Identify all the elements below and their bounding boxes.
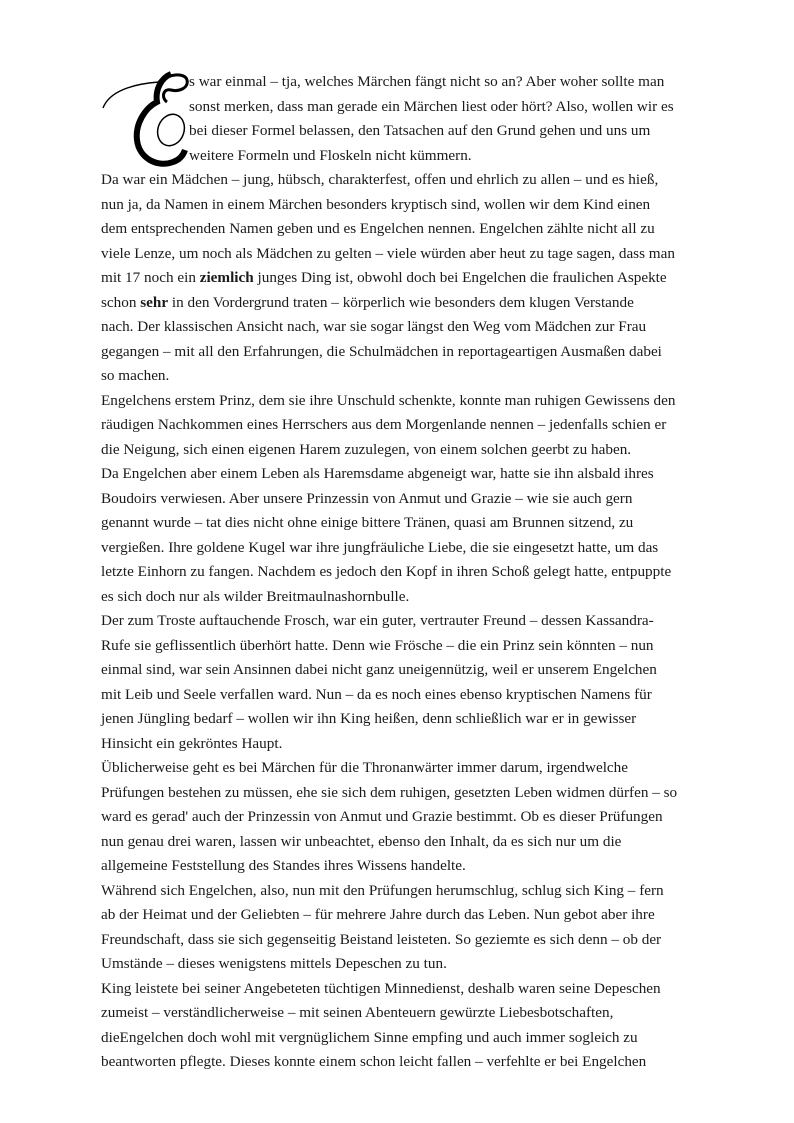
paragraph-first-prince: Engelchens erstem Prinz, dem sie ihre Un…: [101, 389, 721, 463]
text-line: s war einmal – tja, welches Märchen fäng…: [189, 70, 721, 95]
text-line: so machen.: [101, 364, 721, 389]
text-line: mit Leib und Seele verfallen ward. Nun –…: [101, 683, 721, 708]
text-line: vergießen. Ihre goldene Kugel war ihre j…: [101, 536, 721, 561]
text-line: es sich doch nur als wilder Breitmaulnas…: [101, 585, 721, 610]
paragraph-harem: Da Engelchen aber einem Leben als Harems…: [101, 462, 721, 609]
paragraph-distance: Während sich Engelchen, also, nun mit de…: [101, 879, 721, 977]
text-run: schon: [101, 294, 140, 311]
text-line: Prüfungen bestehen zu müssen, ehe sie si…: [101, 781, 721, 806]
text-line: dem entsprechenden Namen geben und es En…: [101, 217, 721, 242]
dropcap-e-icon: [101, 70, 189, 170]
text-line: Freundschaft, dass sie sich gegenseitig …: [101, 928, 721, 953]
paragraph-engelchen-intro: Da war ein Mädchen – jung, hübsch, chara…: [101, 168, 721, 389]
text-line: mit 17 noch ein ziemlich junges Ding ist…: [101, 266, 721, 291]
text-line: räudigen Nachkommen eines Herrschers aus…: [101, 413, 721, 438]
text-run: junges Ding ist, obwohl doch bei Engelch…: [254, 269, 667, 286]
text-line: Rufe sie geflissentlich überhört hatte. …: [101, 634, 721, 659]
paragraph-dispatches: King leistete bei seiner Angebeteten tüc…: [101, 977, 721, 1075]
paragraph-frog: Der zum Troste auftauchende Frosch, war …: [101, 609, 721, 756]
text-line: dieEngelchen doch wohl mit vergnüglichem…: [101, 1026, 721, 1051]
text-line: letzte Einhorn zu fangen. Nachdem es jed…: [101, 560, 721, 585]
decorative-dropcap-e: [101, 70, 189, 170]
text-line: Hinsicht ein gekröntes Haupt.: [101, 732, 721, 757]
text-line: King leistete bei seiner Angebeteten tüc…: [101, 977, 721, 1002]
text-line: nach. Der klassischen Ansicht nach, war …: [101, 315, 721, 340]
text-line: Da Engelchen aber einem Leben als Harems…: [101, 462, 721, 487]
text-run: mit 17 noch ein: [101, 269, 200, 286]
opening-paragraph: s war einmal – tja, welches Märchen fäng…: [101, 70, 721, 168]
text-line: Engelchens erstem Prinz, dem sie ihre Un…: [101, 389, 721, 414]
text-line: sonst merken, dass man gerade ein Märche…: [189, 95, 721, 120]
text-line: nun genau drei waren, lassen wir unbeach…: [101, 830, 721, 855]
text-line: allgemeine Feststellung des Standes ihre…: [101, 854, 721, 879]
text-line: weitere Formeln und Floskeln nicht kümme…: [189, 144, 721, 169]
text-line: gegangen – mit all den Erfahrungen, die …: [101, 340, 721, 365]
text-line: Boudoirs verwiesen. Aber unsere Prinzess…: [101, 487, 721, 512]
text-line: ward es gerad' auch der Prinzessin von A…: [101, 805, 721, 830]
paragraph-trials: Üblicherweise geht es bei Märchen für di…: [101, 756, 721, 879]
text-line: bei dieser Formel belassen, den Tatsache…: [189, 119, 721, 144]
text-line: zumeist – verständlicherweise – mit sein…: [101, 1001, 721, 1026]
text-line: einmal sind, war sein Ansinnen dabei nic…: [101, 658, 721, 683]
text-line: viele Lenze, um noch als Mädchen zu gelt…: [101, 242, 721, 267]
text-line: Während sich Engelchen, also, nun mit de…: [101, 879, 721, 904]
text-line: die Neigung, sich einen eigenen Harem zu…: [101, 438, 721, 463]
document-page: s war einmal – tja, welches Märchen fäng…: [101, 70, 721, 1075]
bold-word: ziemlich: [200, 269, 254, 286]
text-line: schon sehr in den Vordergrund traten – k…: [101, 291, 721, 316]
text-line: nun ja, da Namen in einem Märchen besond…: [101, 193, 721, 218]
text-line: Der zum Troste auftauchende Frosch, war …: [101, 609, 721, 634]
text-run: in den Vordergrund traten – körperlich w…: [168, 294, 634, 311]
text-line: jenen Jüngling bedarf – wollen wir ihn K…: [101, 707, 721, 732]
text-line: Da war ein Mädchen – jung, hübsch, chara…: [101, 168, 721, 193]
bold-word: sehr: [140, 294, 168, 311]
text-line: genannt wurde – tat dies nicht ohne eini…: [101, 511, 721, 536]
text-line: ab der Heimat und der Geliebten – für me…: [101, 903, 721, 928]
text-line: beantworten pflegte. Dieses konnte einem…: [101, 1050, 721, 1075]
text-line: Üblicherweise geht es bei Märchen für di…: [101, 756, 721, 781]
text-line: Umstände – dieses wenigstens mittels Dep…: [101, 952, 721, 977]
